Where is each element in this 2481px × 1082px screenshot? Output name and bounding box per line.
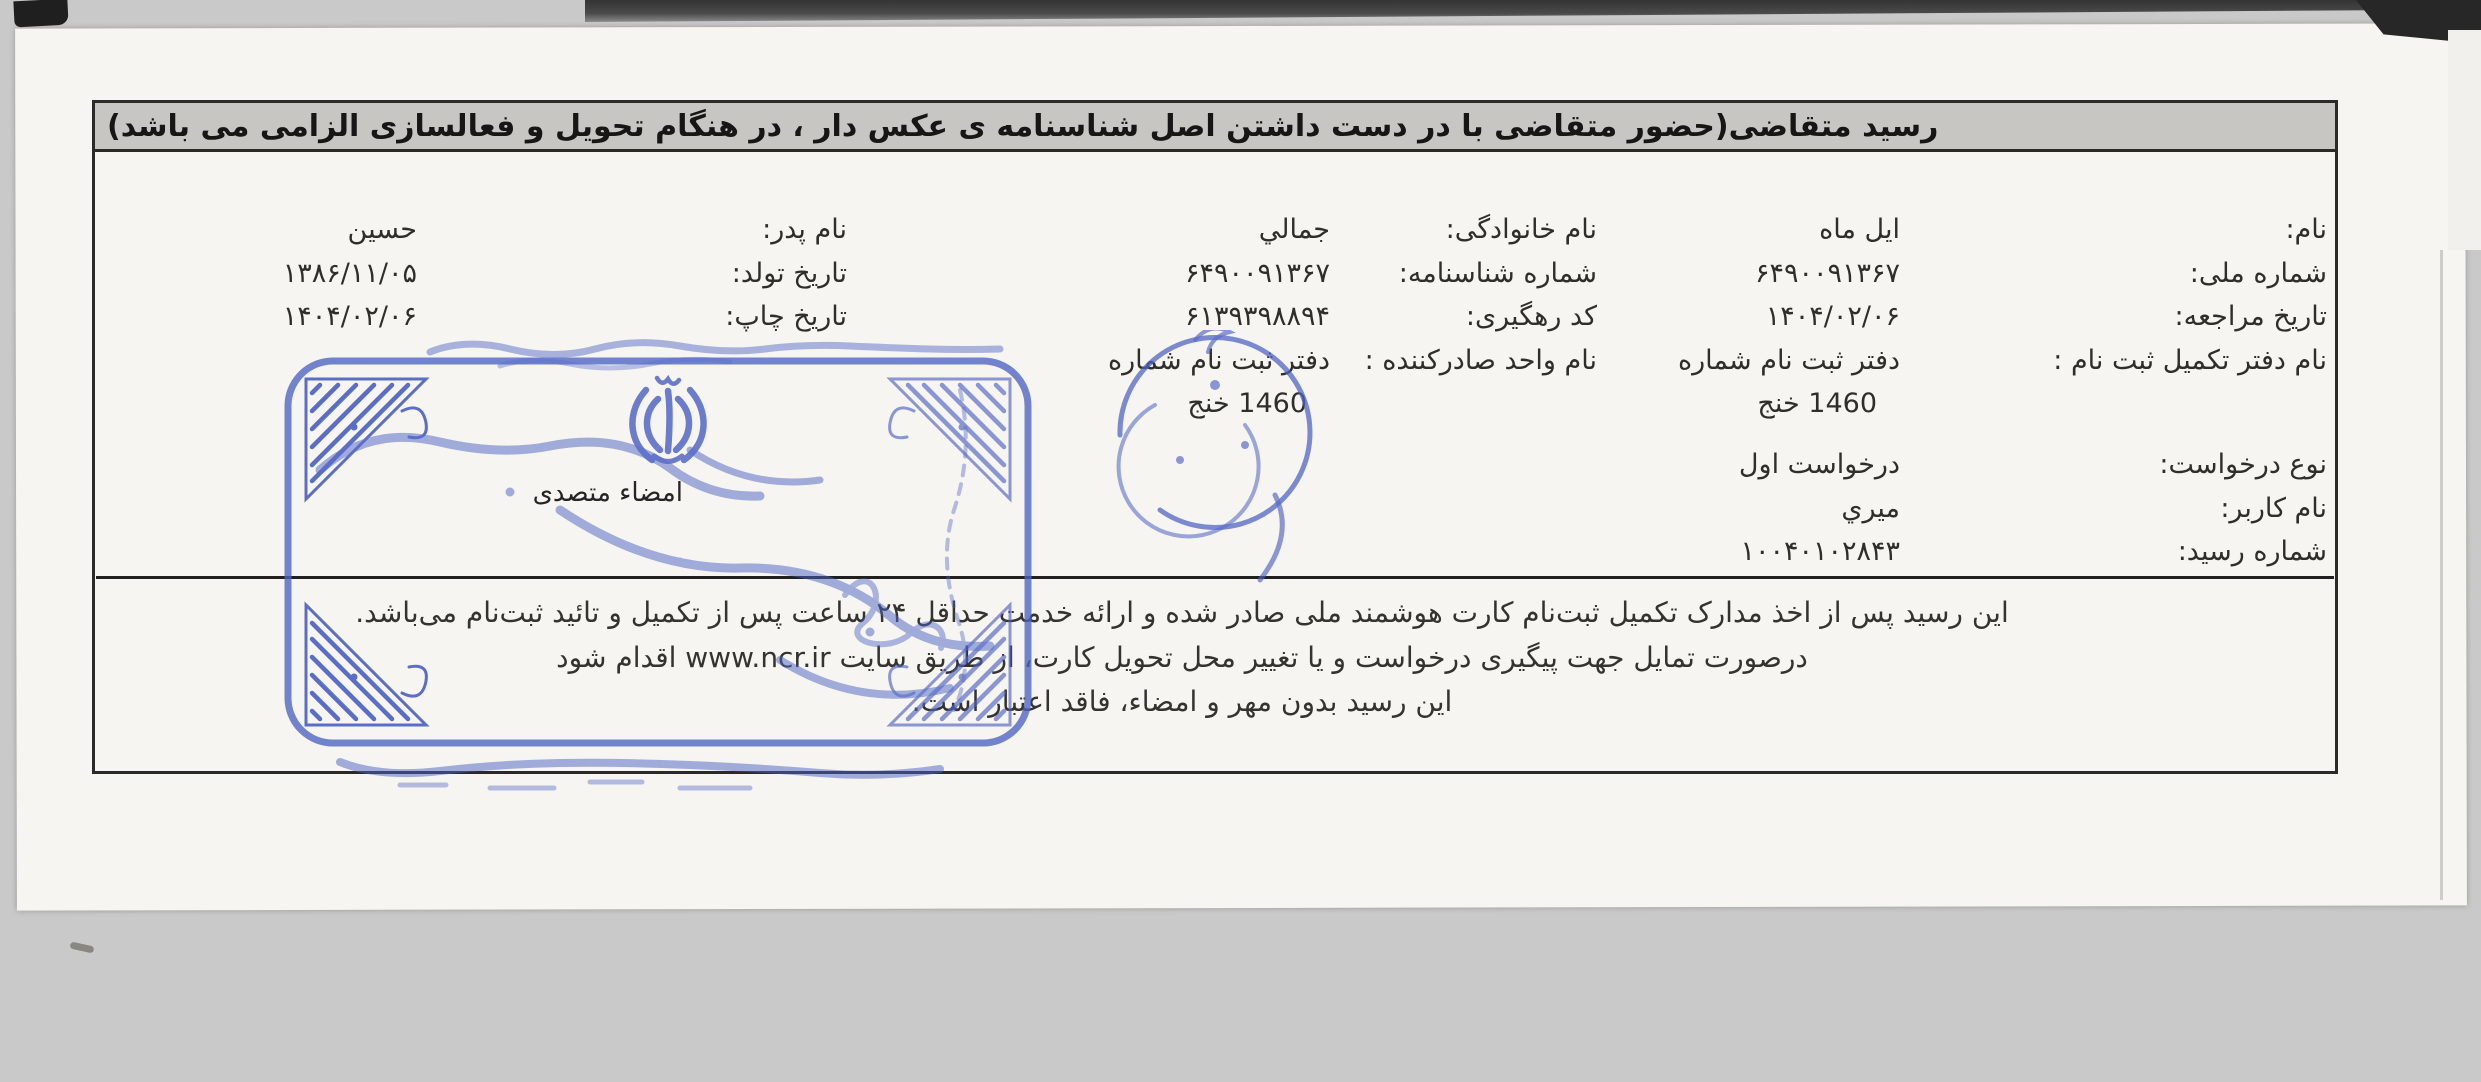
field-label: نام خانوادگی: <box>1446 212 1597 248</box>
field-label: نام: <box>2285 212 2327 248</box>
field-label: تاریخ چاپ: <box>725 299 847 335</box>
separator-line <box>96 576 2334 579</box>
footer-note-1: این رسید پس از اخذ مدارک تکمیل ثبت‌نام ک… <box>122 596 2242 629</box>
field-value: درخواست اول <box>1739 447 1900 483</box>
receipt-header: رسید متقاضی(حضور متقاضی با در دست داشتن … <box>95 103 2335 152</box>
field-label: شماره شناسنامه: <box>1399 256 1597 292</box>
field-label: نوع درخواست: <box>2159 447 2327 483</box>
field-label: نام دفتر تکمیل ثبت نام : <box>2053 343 2327 379</box>
field-value: ۶۴۹۰۰۹۱۳۶۷ <box>1755 256 1900 292</box>
field-label: شماره ملی: <box>2190 256 2327 292</box>
footer-note-2: درصورت تمایل جهت پیگیری درخواست و یا تغی… <box>122 641 2242 674</box>
field-value: حسین <box>348 212 417 248</box>
field-label: نام واحد صادرکننده : <box>1365 343 1597 379</box>
field-label: نام کاربر: <box>2220 491 2327 527</box>
scan-artifact-right-strip <box>2448 30 2481 250</box>
field-value: ميري <box>1841 491 1900 527</box>
field-value: دفتر ثبت نام شماره <box>1678 343 1900 379</box>
scan-artifact-paper-edge <box>2440 250 2443 900</box>
field-label: نام پدر: <box>762 212 847 248</box>
scan-artifact-speck <box>70 942 95 954</box>
field-label: تاریخ تولد: <box>732 256 847 292</box>
scanned-receipt: رسید متقاضی(حضور متقاضی با در دست داشتن … <box>0 0 2481 1082</box>
field-value: ۱۴۰۴/۰۲/۰۶ <box>1766 299 1900 335</box>
field-label: کد رهگیری: <box>1466 299 1597 335</box>
footer-note-3: این رسید بدون مهر و امضاء، فاقد اعتبار ا… <box>122 685 2242 718</box>
field-value: ۱۴۰۴/۰۲/۰۶ <box>283 299 417 335</box>
scan-artifact-top-band <box>585 0 2420 22</box>
field-value: جمالي <box>1259 212 1330 248</box>
receipt-title: رسید متقاضی(حضور متقاضی با در دست داشتن … <box>107 109 1938 144</box>
field-value: 1460 خنج <box>1187 386 1307 422</box>
field-value: ۶۱۳۹۳۹۸۸۹۴ <box>1185 299 1330 335</box>
field-value: دفتر ثبت نام شماره <box>1108 343 1330 379</box>
scan-artifact-top-left <box>13 0 68 27</box>
field-value: ۱۳۸۶/۱۱/۰۵ <box>283 256 417 292</box>
field-value: ۱۰۰۴۰۱۰۲۸۴۳ <box>1740 534 1900 570</box>
field-label: تاریخ مراجعه: <box>2175 299 2327 335</box>
field-label: شماره رسید: <box>2178 534 2327 570</box>
field-value: ایل ماه <box>1819 212 1900 248</box>
field-value: ۶۴۹۰۰۹۱۳۶۷ <box>1185 256 1330 292</box>
signature-caption: امضاء متصدی <box>533 478 683 508</box>
field-value: 1460 خنج <box>1757 386 1877 422</box>
